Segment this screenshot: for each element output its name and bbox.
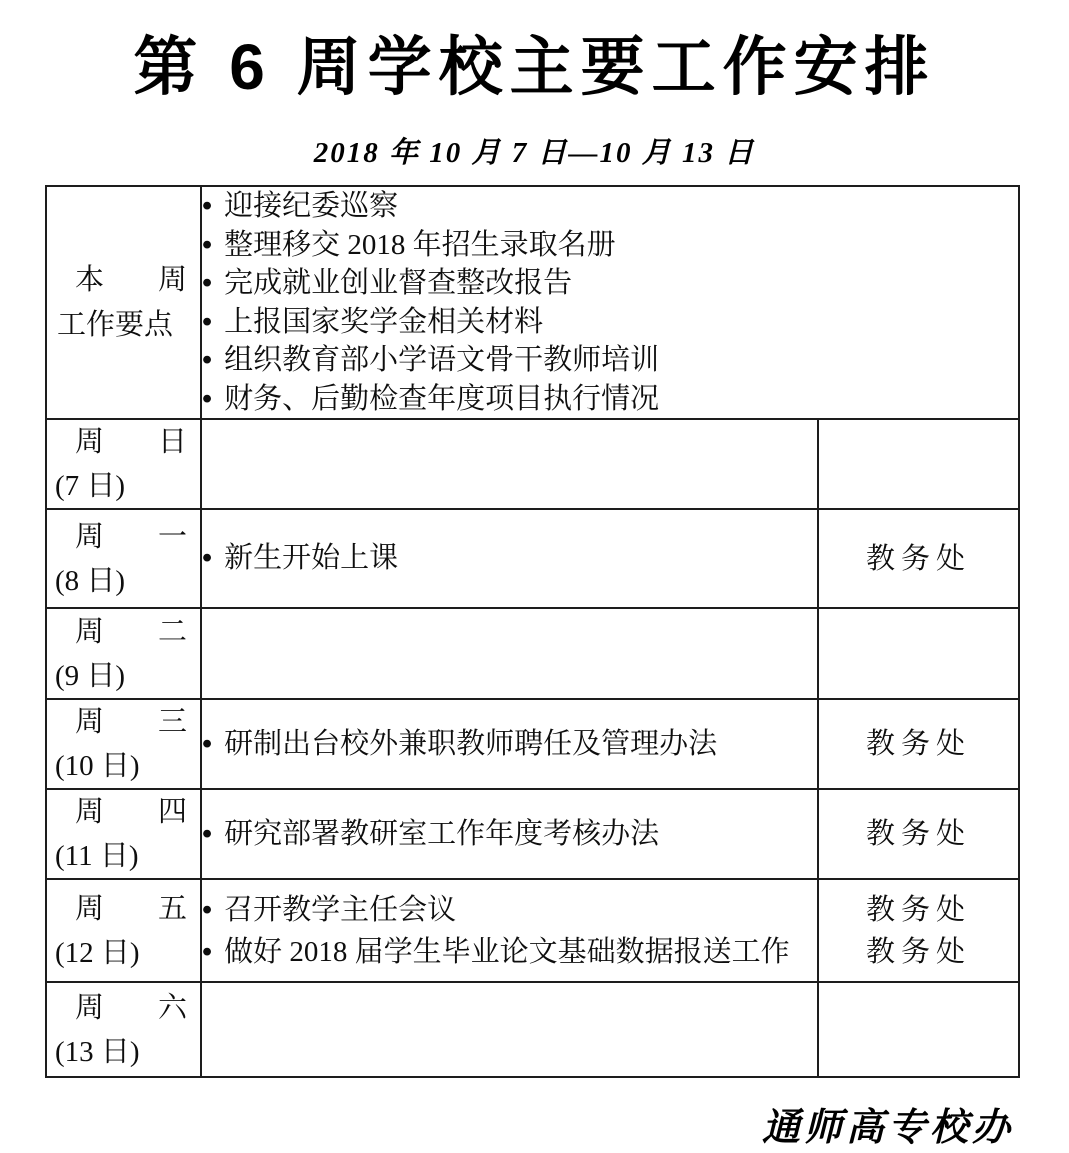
bullet-icon: • — [202, 380, 212, 419]
department-cell — [818, 982, 1019, 1077]
bullet-icon: • — [202, 341, 212, 380]
day-cell: 周日 (7 日) — [46, 419, 201, 509]
day-cell: 周二 (9 日) — [46, 608, 201, 699]
department-cell: 教务处 — [818, 789, 1019, 879]
bullet-icon: • — [202, 187, 212, 226]
bullet-icon: • — [202, 303, 212, 342]
table-row-monday: 周一 (8 日) • 新生开始上课 教务处 — [46, 509, 1019, 608]
day-cell: 周一 (8 日) — [46, 509, 201, 608]
department-cell: 教务处 — [818, 699, 1019, 789]
day-name: 周日 — [75, 420, 187, 464]
day-cell: 周四 (11 日) — [46, 789, 201, 879]
summary-item-text: 上报国家奖学金相关材料 — [224, 303, 543, 342]
list-item: • 财务、后勤检查年度项目执行情况 — [202, 380, 1018, 419]
table-row-friday: 周五 (12 日) • 召开教学主任会议 • 做好 2018 届学生毕业论文基础… — [46, 879, 1019, 982]
summary-item-text: 迎接纪委巡察 — [224, 187, 398, 226]
task-text: 新生开始上课 — [224, 539, 398, 578]
tasks-cell: • 召开教学主任会议 • 做好 2018 届学生毕业论文基础数据报送工作 — [201, 879, 818, 982]
day-date: (12 日) — [55, 931, 200, 975]
list-item: • 整理移交 2018 年招生录取名册 — [202, 226, 1018, 265]
department-name: 教务处 — [819, 931, 1018, 973]
table-row-tuesday: 周二 (9 日) — [46, 608, 1019, 699]
summary-items-cell: • 迎接纪委巡察 • 整理移交 2018 年招生录取名册 • 完成就业创业督查整… — [201, 186, 1019, 419]
department-cell: 教务处 — [818, 509, 1019, 608]
summary-item-text: 完成就业创业督查整改报告 — [224, 264, 572, 303]
department-cell — [818, 419, 1019, 509]
bullet-icon: • — [202, 815, 212, 854]
day-date: (13 日) — [55, 1030, 200, 1074]
bullet-icon: • — [202, 264, 212, 303]
day-name: 周四 — [75, 790, 187, 834]
day-date: (11 日) — [55, 834, 200, 878]
department-name: 教务处 — [819, 889, 1018, 931]
bullet-icon: • — [202, 226, 212, 265]
list-item: • 完成就业创业督查整改报告 — [202, 264, 1018, 303]
department-name: 教务处 — [819, 723, 1018, 765]
tasks-cell — [201, 982, 818, 1077]
day-name: 周一 — [75, 515, 187, 559]
table-row-thursday: 周四 (11 日) • 研究部署教研室工作年度考核办法 教务处 — [46, 789, 1019, 879]
task-text: 研究部署教研室工作年度考核办法 — [224, 815, 659, 854]
list-item: • 上报国家奖学金相关材料 — [202, 303, 1018, 342]
task-text: 研制出台校外兼职教师聘任及管理办法 — [224, 725, 717, 764]
day-date: (8 日) — [55, 559, 200, 603]
day-cell: 周五 (12 日) — [46, 879, 201, 982]
summary-item-text: 整理移交 2018 年招生录取名册 — [224, 226, 616, 265]
tasks-cell: • 新生开始上课 — [201, 509, 818, 608]
summary-label-line1: 本周 — [75, 258, 187, 302]
tasks-cell — [201, 608, 818, 699]
day-cell: 周六 (13 日) — [46, 982, 201, 1077]
task-text: 召开教学主任会议 — [224, 889, 456, 931]
document-page: 第 6 周学校主要工作安排 2018 年 10 月 7 日—10 月 13 日 … — [0, 0, 1069, 1153]
list-item: • 研究部署教研室工作年度考核办法 — [202, 815, 817, 854]
department-name: 教务处 — [819, 538, 1018, 580]
day-name: 周五 — [75, 887, 187, 931]
summary-label-cell: 本周 工作要点 — [46, 186, 201, 419]
day-name: 周三 — [75, 700, 187, 744]
weekly-schedule-table: 本周 工作要点 • 迎接纪委巡察 • 整理移交 2018 年招生录取名册 • 完… — [45, 185, 1020, 1078]
tasks-cell: • 研制出台校外兼职教师聘任及管理办法 — [201, 699, 818, 789]
tasks-cell — [201, 419, 818, 509]
page-title: 第 6 周学校主要工作安排 — [0, 16, 1069, 108]
task-text: 做好 2018 届学生毕业论文基础数据报送工作 — [224, 931, 790, 973]
list-item: • 新生开始上课 — [202, 539, 817, 578]
department-cell — [818, 608, 1019, 699]
summary-item-text: 财务、后勤检查年度项目执行情况 — [224, 380, 659, 419]
table-row-sunday: 周日 (7 日) — [46, 419, 1019, 509]
list-item: • 做好 2018 届学生毕业论文基础数据报送工作 — [202, 931, 817, 973]
bullet-icon: • — [202, 931, 212, 973]
day-name: 周二 — [75, 610, 187, 654]
list-item: • 组织教育部小学语文骨干教师培训 — [202, 341, 1018, 380]
day-date: (7 日) — [55, 464, 200, 508]
day-date: (10 日) — [55, 744, 200, 788]
table-row-wednesday: 周三 (10 日) • 研制出台校外兼职教师聘任及管理办法 教务处 — [46, 699, 1019, 789]
day-name: 周六 — [75, 986, 187, 1030]
summary-item-text: 组织教育部小学语文骨干教师培训 — [224, 341, 659, 380]
summary-label-line2: 工作要点 — [57, 302, 200, 348]
department-cell: 教务处 教务处 — [818, 879, 1019, 982]
list-item: • 迎接纪委巡察 — [202, 187, 1018, 226]
table-row-saturday: 周六 (13 日) — [46, 982, 1019, 1077]
table-row-summary: 本周 工作要点 • 迎接纪委巡察 • 整理移交 2018 年招生录取名册 • 完… — [46, 186, 1019, 419]
list-item: • 研制出台校外兼职教师聘任及管理办法 — [202, 725, 817, 764]
bullet-icon: • — [202, 889, 212, 931]
day-cell: 周三 (10 日) — [46, 699, 201, 789]
department-name: 教务处 — [819, 813, 1018, 855]
date-range: 2018 年 10 月 7 日—10 月 13 日 — [0, 130, 1069, 171]
signature: 通师高专校办 — [762, 1096, 1014, 1151]
bullet-icon: • — [202, 539, 212, 578]
tasks-cell: • 研究部署教研室工作年度考核办法 — [201, 789, 818, 879]
day-date: (9 日) — [55, 654, 200, 698]
bullet-icon: • — [202, 725, 212, 764]
list-item: • 召开教学主任会议 — [202, 889, 817, 931]
